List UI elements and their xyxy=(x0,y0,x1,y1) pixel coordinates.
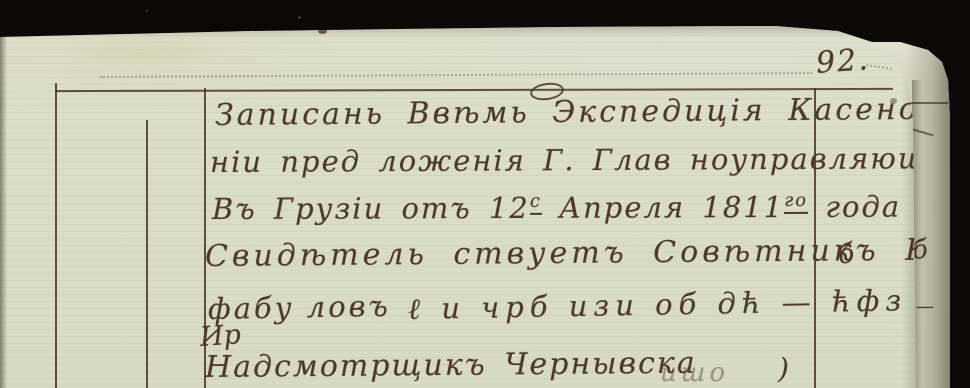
manuscript-line-6: Надсмотрщикъ Чернывска xyxy=(205,346,697,385)
manuscript-line-6-flourish: Ир xyxy=(199,319,242,353)
dust-speck xyxy=(146,10,148,12)
manuscript-line-5-signature-flourish: ℓ и чрб изи об дћ — ћфз – xyxy=(408,283,943,327)
manuscript-line-3: Въ Грузіи отъ 12с Апреля 1811го года xyxy=(212,190,901,226)
table-rule-top xyxy=(55,88,893,92)
line3-superscript-day: с xyxy=(530,191,542,215)
manuscript-line-6-faint: ишо xyxy=(660,358,729,388)
dotted-rule xyxy=(100,72,812,78)
manuscript-line-1: Записань Ввѣмь Экспедиція Касенова xyxy=(215,91,961,133)
manuscript-line-6-mark: ) xyxy=(778,352,789,385)
paper-stain xyxy=(60,40,240,66)
line3-text: года xyxy=(808,190,901,224)
table-rule-vertical-1 xyxy=(55,83,57,388)
page-number: 92. xyxy=(815,42,871,81)
ink-stain xyxy=(318,29,327,34)
manuscript-page: 92. Записань Ввѣмь Экспедиція Касенова н… xyxy=(0,0,916,388)
page-top-shading xyxy=(0,24,916,38)
line3-text: Въ Грузіи отъ 12 xyxy=(212,191,530,226)
dust-speck xyxy=(298,16,301,19)
line3-text: Апреля 1811 xyxy=(542,190,784,225)
page-left-shading xyxy=(0,0,7,388)
line3-superscript-year: го xyxy=(784,190,808,214)
photo-canvas: б — 92. Записань Ввѣмь Экспедиція Касено… xyxy=(0,0,970,388)
table-rule-vertical-2 xyxy=(146,120,148,388)
manuscript-line-2: ніи пред ложенія Г. Глав ноуправляющаго xyxy=(210,141,970,179)
